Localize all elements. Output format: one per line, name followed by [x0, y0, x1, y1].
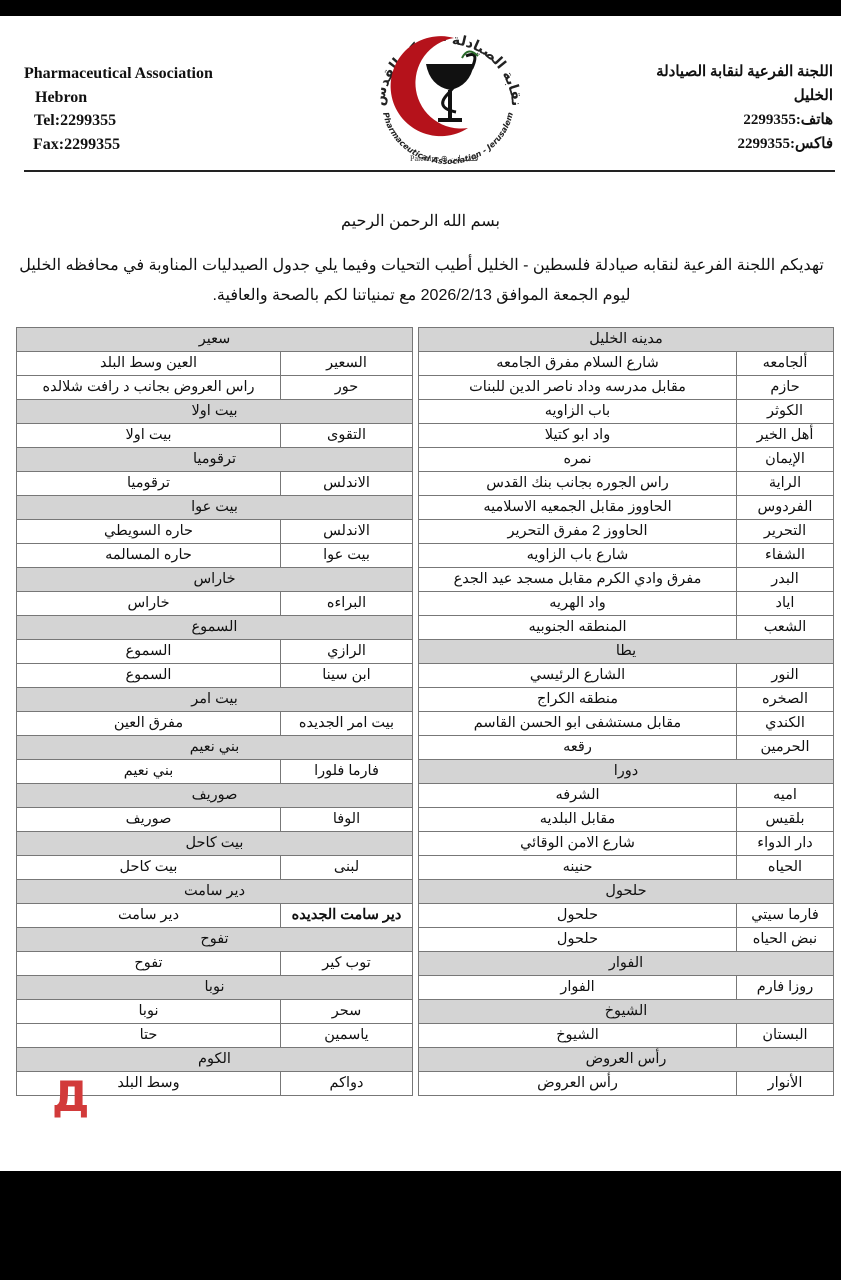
pharmacy-row: البدرمفرق وادي الكرم مقابل مسجد عيد الجد… [419, 568, 834, 592]
pharmacy-name: الراية [737, 472, 834, 496]
pharmacy-name: دواكم [281, 1072, 413, 1096]
pharmacy-name: بيت امر الجديده [281, 712, 413, 736]
tel-en: Tel:2299355 [24, 109, 213, 133]
pharmacy-name: حازم [737, 376, 834, 400]
fax-ar: فاكس:2299355 [656, 132, 833, 156]
document-page: Pharmaceutical Association Hebron Tel:22… [0, 16, 841, 1171]
pharmacy-name: الكوثر [737, 400, 834, 424]
pharmacy-row: السعيرالعين وسط البلد [17, 352, 413, 376]
pharmacy-location: المنطقه الجنوبيه [419, 616, 737, 640]
pharmacy-name: حور [281, 376, 413, 400]
pharmacy-name: روزا فارم [737, 976, 834, 1000]
crescent-caduceus-logo-icon: نقابة الصيادلة - مركز القدس Pharmaceutic… [362, 16, 534, 168]
pharmacy-name: النور [737, 664, 834, 688]
pharmacy-name: بيت عوا [281, 544, 413, 568]
pharmacy-name: نبض الحياه [737, 928, 834, 952]
pharmacy-row: أهل الخيرواد ابو كتيلا [419, 424, 834, 448]
pharmacy-location: نمره [419, 448, 737, 472]
area-header-row: صوريف [17, 784, 413, 808]
pharmacy-name: الإيمان [737, 448, 834, 472]
pharmacy-location: حلحول [419, 928, 737, 952]
pharmacy-location: بني نعيم [17, 760, 281, 784]
pharmacy-location: بيت اولا [17, 424, 281, 448]
pharmacy-name: الكندي [737, 712, 834, 736]
pharmacy-row: الشفاءشارع باب الزاويه [419, 544, 834, 568]
pharmacy-row: الكنديمقابل مستشفى ابو الحسن القاسم [419, 712, 834, 736]
area-header-row: بني نعيم [17, 736, 413, 760]
area-name: صوريف [17, 784, 413, 808]
pharmacy-location: السموع [17, 664, 281, 688]
pharmacy-location: بيت كاحل [17, 856, 281, 880]
area-header-row: سعير [17, 328, 413, 352]
pharmacy-name: ابن سينا [281, 664, 413, 688]
area-name: الشيوخ [419, 1000, 834, 1024]
logo-caption: Palestine ⊕ فلسطين [410, 154, 478, 163]
pharmacy-row: روزا فارمالفوار [419, 976, 834, 1000]
area-header-row: الشيوخ [419, 1000, 834, 1024]
pharmacy-row: نبض الحياهحلحول [419, 928, 834, 952]
area-header-row: رأس العروض [419, 1048, 834, 1072]
pharmacy-location: صوريف [17, 808, 281, 832]
pharmacy-name: الاندلس [281, 520, 413, 544]
duty-table-left: سعيرالسعيرالعين وسط البلدحورراس العروض ب… [16, 327, 413, 1096]
area-name: نوبا [17, 976, 413, 1000]
pharmacy-row: التقوىبيت اولا [17, 424, 413, 448]
pharmacy-row: حازممقابل مدرسه وداد ناصر الدين للبنات [419, 376, 834, 400]
pharmacy-row: الشعبالمنطقه الجنوبيه [419, 616, 834, 640]
area-name: الفوار [419, 952, 834, 976]
pharmacy-location: مقابل مستشفى ابو الحسن القاسم [419, 712, 737, 736]
pharmacy-row: ابن سيناالسموع [17, 664, 413, 688]
area-header-row: بيت اولا [17, 400, 413, 424]
org-name-ar: اللجنة الفرعية لنقابة الصيادلة [656, 60, 833, 84]
pharmacy-name: ألجامعه [737, 352, 834, 376]
pharmacy-location: شارع السلام مفرق الجامعه [419, 352, 737, 376]
pharmacy-location: حتا [17, 1024, 281, 1048]
pharmacy-location: الحاووز مقابل الجمعيه الاسلاميه [419, 496, 737, 520]
pharmacy-row: سحرنوبا [17, 1000, 413, 1024]
pharmacy-name: دار الدواء [737, 832, 834, 856]
pharmacy-location: دير سامت [17, 904, 281, 928]
area-name: تفوح [17, 928, 413, 952]
area-name: سعير [17, 328, 413, 352]
area-name: خاراس [17, 568, 413, 592]
pharmacy-name: الشعب [737, 616, 834, 640]
pharmacy-location: رأس العروض [419, 1072, 737, 1096]
pharmacy-row: فارما سيتيحلحول [419, 904, 834, 928]
pharmacy-name: الاندلس [281, 472, 413, 496]
area-header-row: دورا [419, 760, 834, 784]
area-header-row: يطا [419, 640, 834, 664]
area-name: دير سامت [17, 880, 413, 904]
pharmacy-row: الرايةراس الجوره بجانب بنك القدس [419, 472, 834, 496]
pharmacy-name: لبنى [281, 856, 413, 880]
pharmacy-row: اميهالشرفه [419, 784, 834, 808]
pharmacy-name: اميه [737, 784, 834, 808]
pharmacy-location: الشارع الرئيسي [419, 664, 737, 688]
header-divider [24, 170, 835, 172]
basmala: بسم الله الرحمن الرحيم [0, 211, 841, 231]
pharmacy-row: لبنىبيت كاحل [17, 856, 413, 880]
area-name: بيت كاحل [17, 832, 413, 856]
pharmacy-name: بلقيس [737, 808, 834, 832]
pharmacy-row: الاندلسترقوميا [17, 472, 413, 496]
area-header-row: دير سامت [17, 880, 413, 904]
pharmacy-row: الأنواررأس العروض [419, 1072, 834, 1096]
area-name: مدينه الخليل [419, 328, 834, 352]
pharmacy-name: الصخره [737, 688, 834, 712]
pharmacy-location: مفرق العين [17, 712, 281, 736]
pharmacy-location: مقابل البلديه [419, 808, 737, 832]
area-name: رأس العروض [419, 1048, 834, 1072]
pharmacy-location: واد ابو كتيلا [419, 424, 737, 448]
pharmacy-location: خاراس [17, 592, 281, 616]
area-name: بني نعيم [17, 736, 413, 760]
pharmacy-name: فارما سيتي [737, 904, 834, 928]
area-header-row: تفوح [17, 928, 413, 952]
area-header-row: بيت امر [17, 688, 413, 712]
pharmacy-row: الوفاصوريف [17, 808, 413, 832]
pharmacy-location: حاره السويطي [17, 520, 281, 544]
header-arabic-block: اللجنة الفرعية لنقابة الصيادلة الخليل ها… [656, 60, 833, 156]
pharmacy-location: حاره المسالمه [17, 544, 281, 568]
pharmacy-name: سحر [281, 1000, 413, 1024]
pharmacy-name: الأنوار [737, 1072, 834, 1096]
pharmacy-name: التحرير [737, 520, 834, 544]
pharmacy-name: دير سامت الجديده [281, 904, 413, 928]
pharmacy-row: الحرمينرقعه [419, 736, 834, 760]
pharmacy-row: ألجامعهشارع السلام مفرق الجامعه [419, 352, 834, 376]
pharmacy-row: ايادواد الهريه [419, 592, 834, 616]
pharmacy-row: الحياهحنينه [419, 856, 834, 880]
header-english-block: Pharmaceutical Association Hebron Tel:22… [24, 62, 213, 156]
area-header-row: حلحول [419, 880, 834, 904]
pharmacy-location: حنينه [419, 856, 737, 880]
pharmacy-row: الصخرهمنطقه الكراج [419, 688, 834, 712]
area-name: بيت امر [17, 688, 413, 712]
pharmacy-location: نوبا [17, 1000, 281, 1024]
pharmacy-location: العين وسط البلد [17, 352, 281, 376]
watermark-glyph: Д [52, 1076, 89, 1118]
intro-line-2: ليوم الجمعة الموافق 2026/2/13 مع تمنياتن… [8, 281, 835, 311]
pharmacy-name: فارما فلورا [281, 760, 413, 784]
pharmacy-row: الكوثرباب الزاويه [419, 400, 834, 424]
area-name: السموع [17, 616, 413, 640]
pharmacy-row: الفردوسالحاووز مقابل الجمعيه الاسلاميه [419, 496, 834, 520]
pharmacy-location: شارع باب الزاويه [419, 544, 737, 568]
city-en: Hebron [24, 86, 213, 110]
area-header-row: ترقوميا [17, 448, 413, 472]
pharmacy-name: البراءه [281, 592, 413, 616]
pharmacy-name: البدر [737, 568, 834, 592]
pharmacy-location: راس العروض بجانب د رافت شلالده [17, 376, 281, 400]
pharmacy-name: أهل الخير [737, 424, 834, 448]
pharmacy-row: الإيماننمره [419, 448, 834, 472]
pharmacy-name: الوفا [281, 808, 413, 832]
pharmacy-row: بيت عواحاره المسالمه [17, 544, 413, 568]
area-header-row: بيت كاحل [17, 832, 413, 856]
area-name: حلحول [419, 880, 834, 904]
pharmacy-location: السموع [17, 640, 281, 664]
area-header-row: مدينه الخليل [419, 328, 834, 352]
pharmacy-row: الرازيالسموع [17, 640, 413, 664]
area-header-row: خاراس [17, 568, 413, 592]
pharmacy-row: الاندلسحاره السويطي [17, 520, 413, 544]
intro-paragraph: تهديكم اللجنة الفرعية لنقابه صيادلة فلسط… [8, 251, 835, 311]
pharmacy-location: الشرفه [419, 784, 737, 808]
association-logo: نقابة الصيادلة - مركز القدس Pharmaceutic… [362, 16, 534, 168]
pharmacy-name: اياد [737, 592, 834, 616]
area-header-row: بيت عوا [17, 496, 413, 520]
pharmacy-name: ياسمين [281, 1024, 413, 1048]
pharmacy-row: النورالشارع الرئيسي [419, 664, 834, 688]
pharmacy-name: الحياه [737, 856, 834, 880]
pharmacy-location: مفرق وادي الكرم مقابل مسجد عيد الجدع [419, 568, 737, 592]
area-header-row: الفوار [419, 952, 834, 976]
pharmacy-location: ترقوميا [17, 472, 281, 496]
tel-ar: هاتف:2299355 [656, 108, 833, 132]
pharmacy-location: رقعه [419, 736, 737, 760]
intro-line-1: تهديكم اللجنة الفرعية لنقابه صيادلة فلسط… [8, 251, 835, 281]
pharmacy-location: راس الجوره بجانب بنك القدس [419, 472, 737, 496]
area-header-row: الكوم [17, 1048, 413, 1072]
pharmacy-row: التحريرالحاووز 2 مفرق التحرير [419, 520, 834, 544]
pharmacy-name: البستان [737, 1024, 834, 1048]
pharmacy-location: باب الزاويه [419, 400, 737, 424]
area-header-row: نوبا [17, 976, 413, 1000]
area-name: دورا [419, 760, 834, 784]
pharmacy-location: الحاووز 2 مفرق التحرير [419, 520, 737, 544]
org-name-en: Pharmaceutical Association [24, 62, 213, 86]
pharmacy-row: البستانالشيوخ [419, 1024, 834, 1048]
fax-en: Fax:2299355 [24, 133, 213, 157]
pharmacy-row: دار الدواءشارع الامن الوقائي [419, 832, 834, 856]
pharmacy-location: منطقه الكراج [419, 688, 737, 712]
pharmacy-name: الفردوس [737, 496, 834, 520]
duty-table-right: مدينه الخليلألجامعهشارع السلام مفرق الجا… [418, 327, 834, 1096]
area-name: بيت عوا [17, 496, 413, 520]
pharmacy-location: الشيوخ [419, 1024, 737, 1048]
area-name: يطا [419, 640, 834, 664]
pharmacy-row: بلقيسمقابل البلديه [419, 808, 834, 832]
area-name: بيت اولا [17, 400, 413, 424]
pharmacy-location: واد الهريه [419, 592, 737, 616]
pharmacy-name: الحرمين [737, 736, 834, 760]
pharmacy-location: شارع الامن الوقائي [419, 832, 737, 856]
pharmacy-location: تفوح [17, 952, 281, 976]
pharmacy-row: البراءهخاراس [17, 592, 413, 616]
pharmacy-row: فارما فلورابني نعيم [17, 760, 413, 784]
area-name: ترقوميا [17, 448, 413, 472]
city-ar: الخليل [656, 84, 833, 108]
pharmacy-location: الفوار [419, 976, 737, 1000]
area-name: الكوم [17, 1048, 413, 1072]
pharmacy-row: ياسمينحتا [17, 1024, 413, 1048]
pharmacy-row: حورراس العروض بجانب د رافت شلالده [17, 376, 413, 400]
pharmacy-name: توب كير [281, 952, 413, 976]
pharmacy-name: الرازي [281, 640, 413, 664]
pharmacy-row: بيت امر الجديدهمفرق العين [17, 712, 413, 736]
pharmacy-row: دير سامت الجديدهدير سامت [17, 904, 413, 928]
pharmacy-name: السعير [281, 352, 413, 376]
pharmacy-location: حلحول [419, 904, 737, 928]
area-header-row: السموع [17, 616, 413, 640]
pharmacy-name: التقوى [281, 424, 413, 448]
pharmacy-location: مقابل مدرسه وداد ناصر الدين للبنات [419, 376, 737, 400]
pharmacy-name: الشفاء [737, 544, 834, 568]
pharmacy-row: توب كيرتفوح [17, 952, 413, 976]
